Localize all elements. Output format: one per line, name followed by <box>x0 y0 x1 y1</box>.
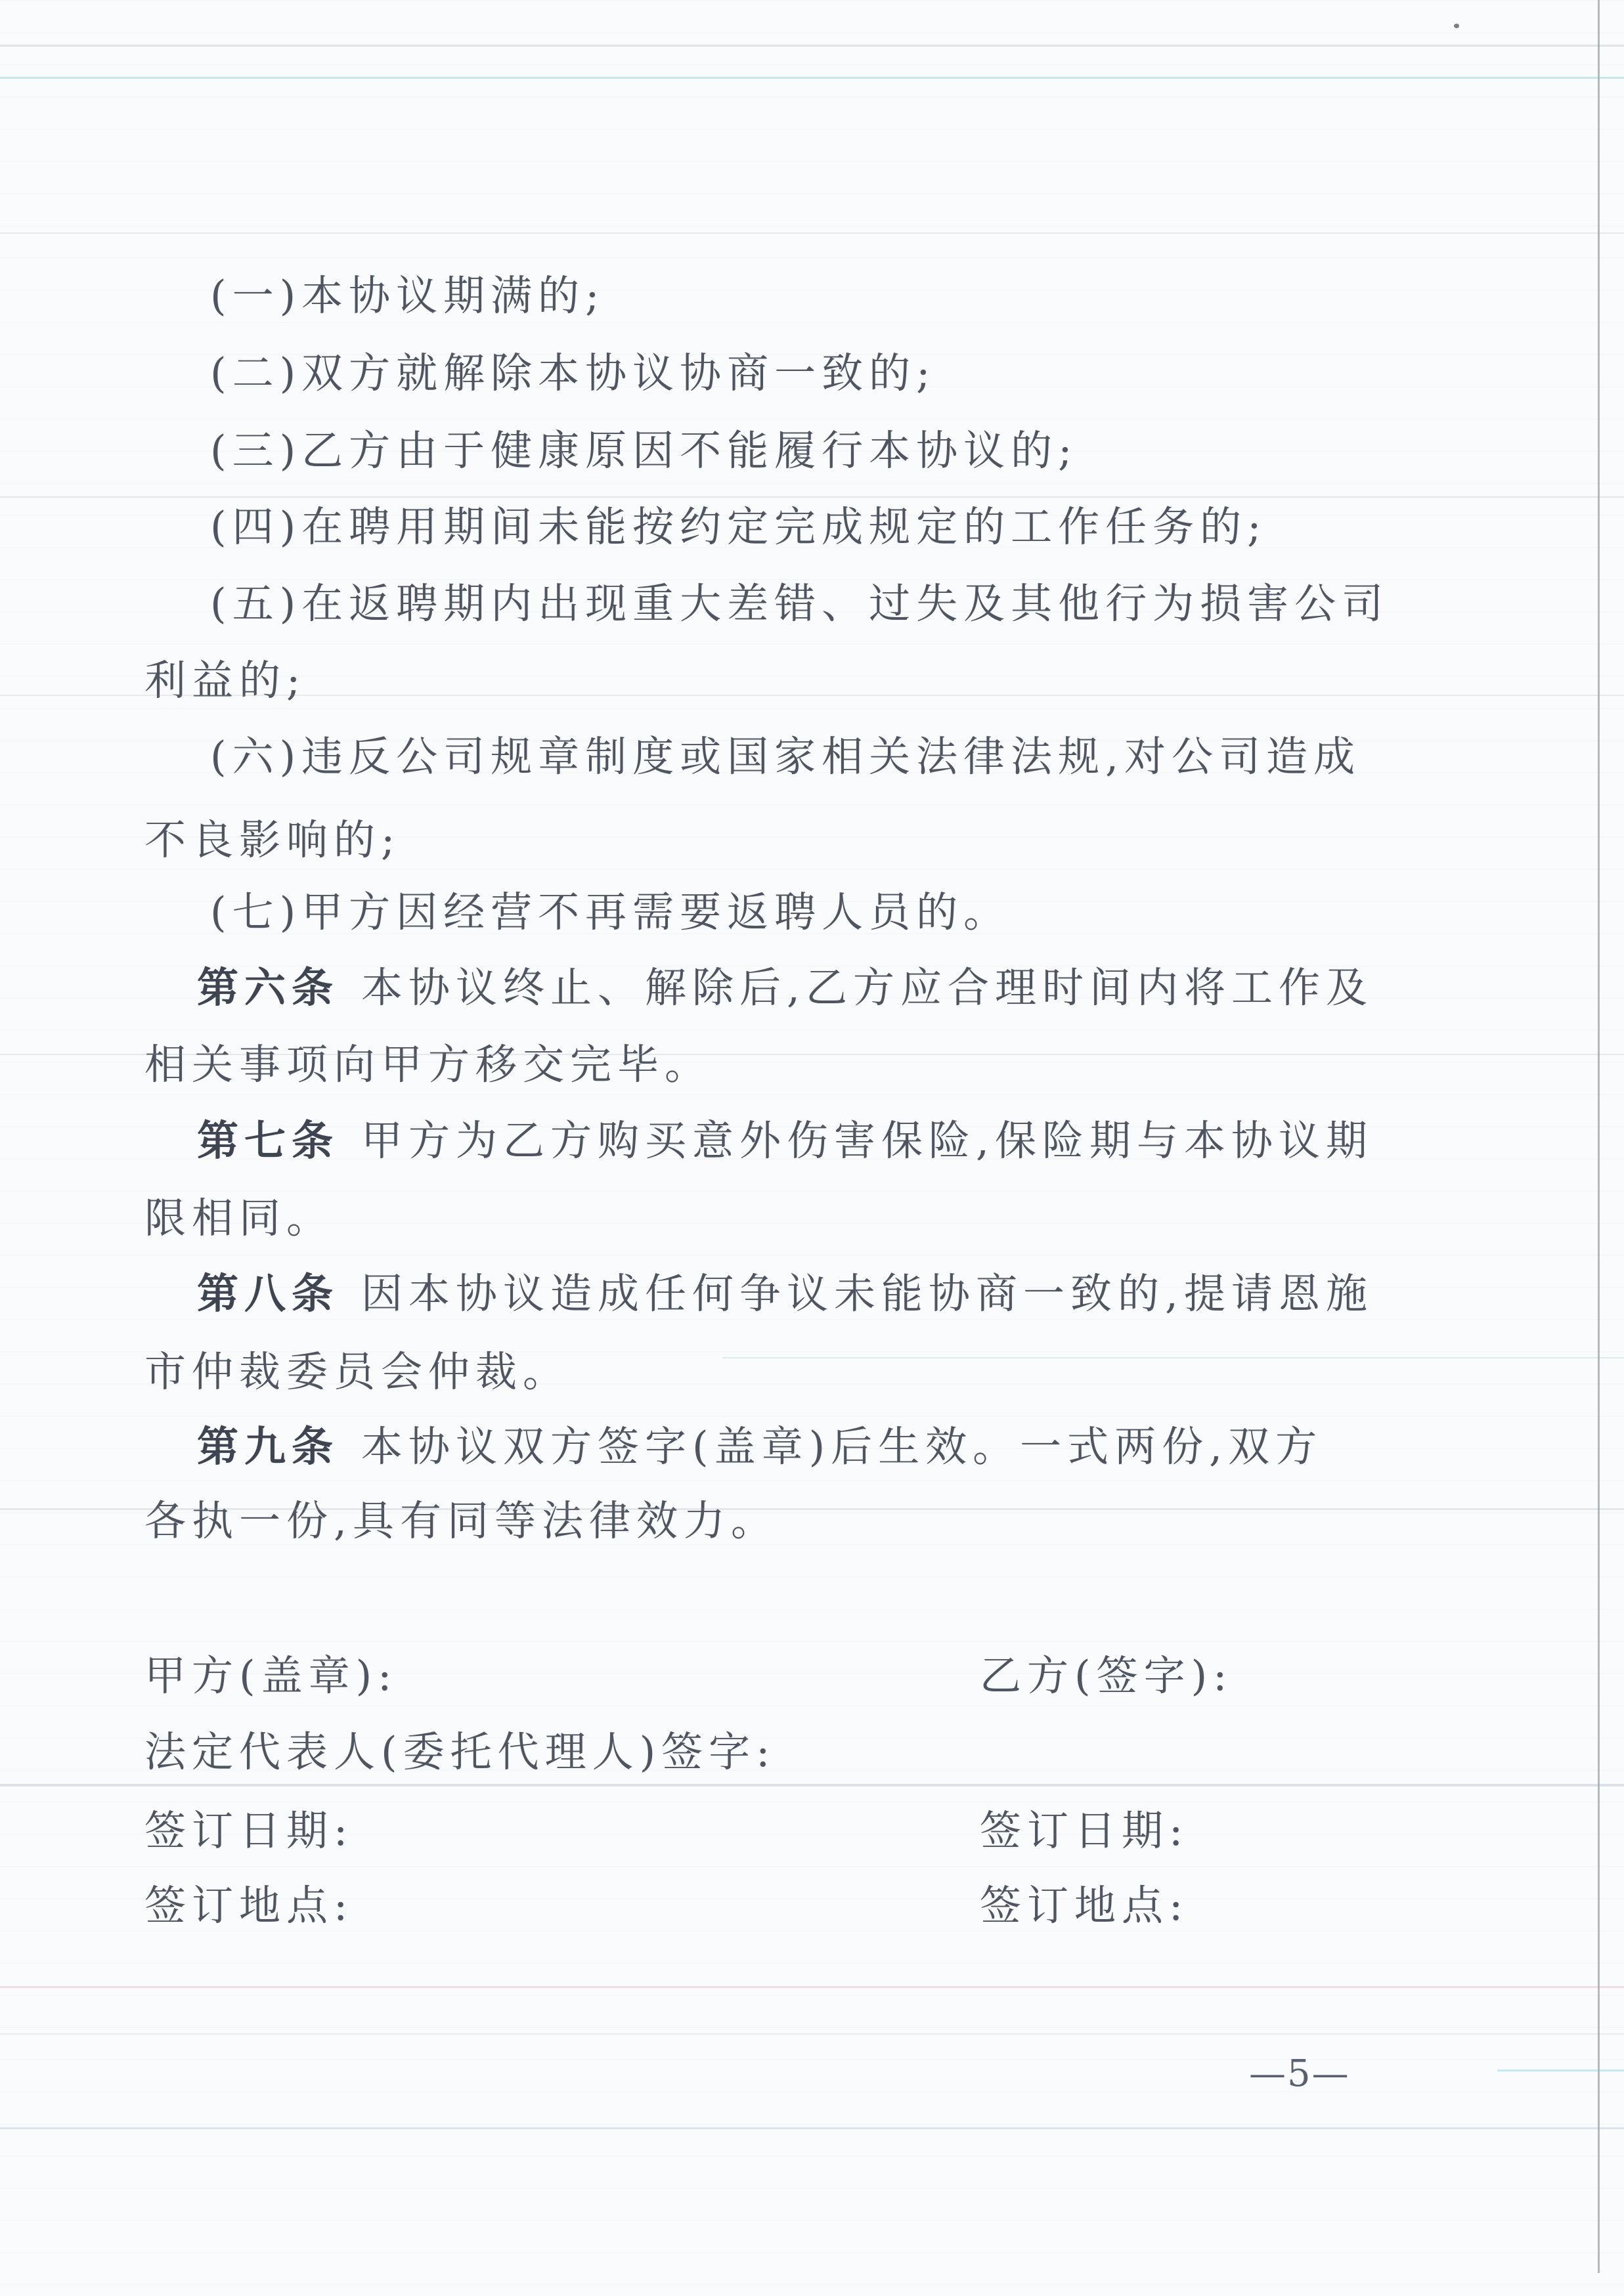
article-9-line: 第九条本协议双方签字(盖章)后生效。一式两份,双方 <box>197 1421 1323 1473</box>
party-a-place-label: 签订地点: <box>144 1880 353 1932</box>
clause-text: (三)乙方由于健康原因不能履行本协议的; <box>210 427 1078 475</box>
clause-text: 不良影响的; <box>144 816 401 864</box>
party-b-date-label: 签订日期: <box>980 1806 1189 1857</box>
article-8-number: 第八条 <box>197 1269 339 1318</box>
clause-line-5-cont: 利益的; <box>144 655 306 706</box>
clause-line-3: (三)乙方由于健康原因不能履行本协议的; <box>210 425 1078 477</box>
scan-streak-cyan <box>0 77 1624 79</box>
clause-text: 利益的; <box>144 657 306 704</box>
clause-line-5: (五)在返聘期内出现重大差错、过失及其他行为损害公司 <box>210 578 1389 630</box>
legal-rep-label: 法定代表人(委托代理人)签字: <box>144 1727 776 1778</box>
party-b-place-text: 签订地点: <box>980 1882 1189 1930</box>
scan-streak <box>0 2127 1624 2129</box>
article-9-cont: 各执一份,具有同等法律效力。 <box>144 1496 778 1547</box>
article-6-number: 第六条 <box>197 963 339 1012</box>
article-7-text: 甲方为乙方购买意外伤害保险,保险期与本协议期 <box>361 1117 1373 1165</box>
article-9-text: 本协议双方签字(盖章)后生效。一式两份,双方 <box>361 1423 1323 1471</box>
clause-text: (六)违反公司规章制度或国家相关法律法规,对公司造成 <box>210 733 1361 781</box>
scan-speck <box>1454 24 1459 28</box>
paper-edge-line <box>1598 0 1600 2273</box>
scan-streak <box>0 2033 1624 2035</box>
article-6-text-cont: 相关事项向甲方移交完毕。 <box>144 1041 712 1089</box>
party-b-date-text: 签订日期: <box>980 1807 1189 1855</box>
article-8-line: 第八条因本协议造成任何争议未能协商一致的,提请恩施 <box>197 1268 1373 1320</box>
article-7-text-cont: 限相同。 <box>144 1194 334 1242</box>
party-b-place-label: 签订地点: <box>980 1880 1189 1932</box>
clause-line-1: (一)本协议期满的; <box>210 271 605 322</box>
article-8-cont: 市仲裁委员会仲裁。 <box>144 1347 570 1398</box>
party-a-date-text: 签订日期: <box>144 1807 353 1855</box>
scan-streak <box>0 45 1624 47</box>
clause-line-7: (七)甲方因经营不再需要返聘人员的。 <box>210 887 1011 938</box>
article-7-cont: 限相同。 <box>144 1193 334 1244</box>
scan-streak-cyan <box>1497 2069 1624 2071</box>
clause-line-6: (六)违反公司规章制度或国家相关法律法规,对公司造成 <box>210 731 1361 783</box>
party-a-date-label: 签订日期: <box>144 1806 353 1857</box>
party-b-label-text: 乙方(签字): <box>980 1652 1233 1700</box>
clause-line-2: (二)双方就解除本协议协商一致的; <box>210 348 936 399</box>
clause-text: (二)双方就解除本协议协商一致的; <box>210 349 936 397</box>
scan-streak-blue <box>0 1784 1624 1787</box>
article-9-number: 第九条 <box>197 1422 339 1471</box>
article-6-cont: 相关事项向甲方移交完毕。 <box>144 1039 712 1091</box>
article-7-line: 第七条甲方为乙方购买意外伤害保险,保险期与本协议期 <box>197 1115 1373 1167</box>
legal-rep-label-text: 法定代表人(委托代理人)签字: <box>144 1728 776 1776</box>
article-6-text: 本协议终止、解除后,乙方应合理时间内将工作及 <box>361 964 1373 1012</box>
clause-text: (一)本协议期满的; <box>210 272 605 320</box>
page-number: —5— <box>1249 2052 1350 2095</box>
party-b-label: 乙方(签字): <box>980 1651 1233 1702</box>
scan-streak <box>0 232 1624 234</box>
scan-streak-pink <box>0 1986 1624 1988</box>
article-8-text: 因本协议造成任何争议未能协商一致的,提请恩施 <box>361 1270 1373 1318</box>
clause-text: (四)在聘用期间未能按约定完成规定的工作任务的; <box>210 503 1267 551</box>
scan-streak <box>0 496 1624 498</box>
party-a-label-text: 甲方(盖章): <box>144 1652 397 1700</box>
scanned-contract-page: (一)本协议期满的; (二)双方就解除本协议协商一致的; (三)乙方由于健康原因… <box>0 0 1624 2296</box>
scan-streak <box>722 1357 1624 1358</box>
article-9-text-cont: 各执一份,具有同等法律效力。 <box>144 1497 778 1545</box>
article-8-text-cont: 市仲裁委员会仲裁。 <box>144 1348 570 1396</box>
party-a-label: 甲方(盖章): <box>144 1651 397 1702</box>
clause-text: (五)在返聘期内出现重大差错、过失及其他行为损害公司 <box>210 580 1389 628</box>
clause-line-6-cont: 不良影响的; <box>144 815 401 866</box>
article-6-line: 第六条本协议终止、解除后,乙方应合理时间内将工作及 <box>197 962 1373 1014</box>
article-7-number: 第七条 <box>197 1116 339 1165</box>
party-a-place-text: 签订地点: <box>144 1882 353 1930</box>
clause-line-4: (四)在聘用期间未能按约定完成规定的工作任务的; <box>210 502 1267 553</box>
clause-text: (七)甲方因经营不再需要返聘人员的。 <box>210 888 1011 936</box>
